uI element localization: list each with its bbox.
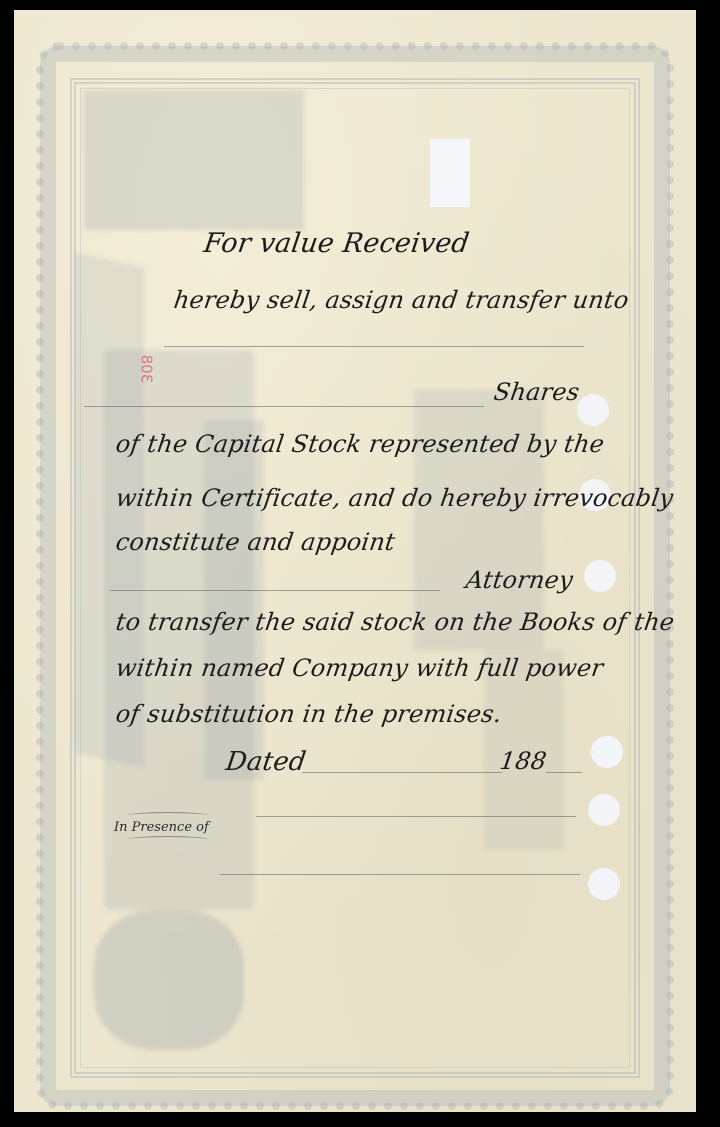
label-attorney: Attorney: [464, 566, 575, 594]
line-within-named-company: within named Company with full power: [114, 654, 605, 682]
line-transfer-books: to transfer the said stock on the Books …: [114, 608, 676, 636]
label-dated: Dated: [224, 747, 308, 777]
line-substitution: of substitution in the premises.: [114, 700, 504, 728]
blank-line-witness: [220, 874, 580, 875]
blank-line-year: [546, 772, 582, 773]
blank-line-signature: [256, 816, 576, 817]
paper-patch: [430, 139, 470, 207]
bleed-through-serial-number: 308: [137, 355, 155, 384]
punch-hole: [591, 736, 623, 768]
blank-line-date: [302, 772, 502, 773]
label-shares: Shares: [492, 378, 581, 406]
punch-hole: [584, 560, 616, 592]
punch-hole: [588, 794, 620, 826]
label-in-presence-of: In Presence of: [114, 820, 209, 835]
line-constitute-appoint: constitute and appoint: [114, 528, 397, 556]
line-capital-stock: of the Capital Stock represented by the: [114, 430, 606, 458]
blank-line-attorney: [110, 590, 440, 591]
certificate-paper: 308 For value Received hereby sell, assi…: [14, 10, 696, 1112]
heading-for-value-received: For value Received: [202, 228, 471, 259]
blank-line-shares: [84, 406, 484, 407]
blank-line-transferee: [164, 346, 584, 347]
bleed-through-vignette-top: [84, 90, 304, 230]
label-year-prefix: 188: [498, 747, 548, 775]
bleed-through-vignette-bottom: [94, 910, 244, 1050]
line-within-certificate: within Certificate, and do hereby irrevo…: [114, 484, 675, 512]
punch-hole: [588, 868, 620, 900]
line-sell-assign-transfer: hereby sell, assign and transfer unto: [172, 286, 631, 314]
punch-hole: [577, 394, 609, 426]
